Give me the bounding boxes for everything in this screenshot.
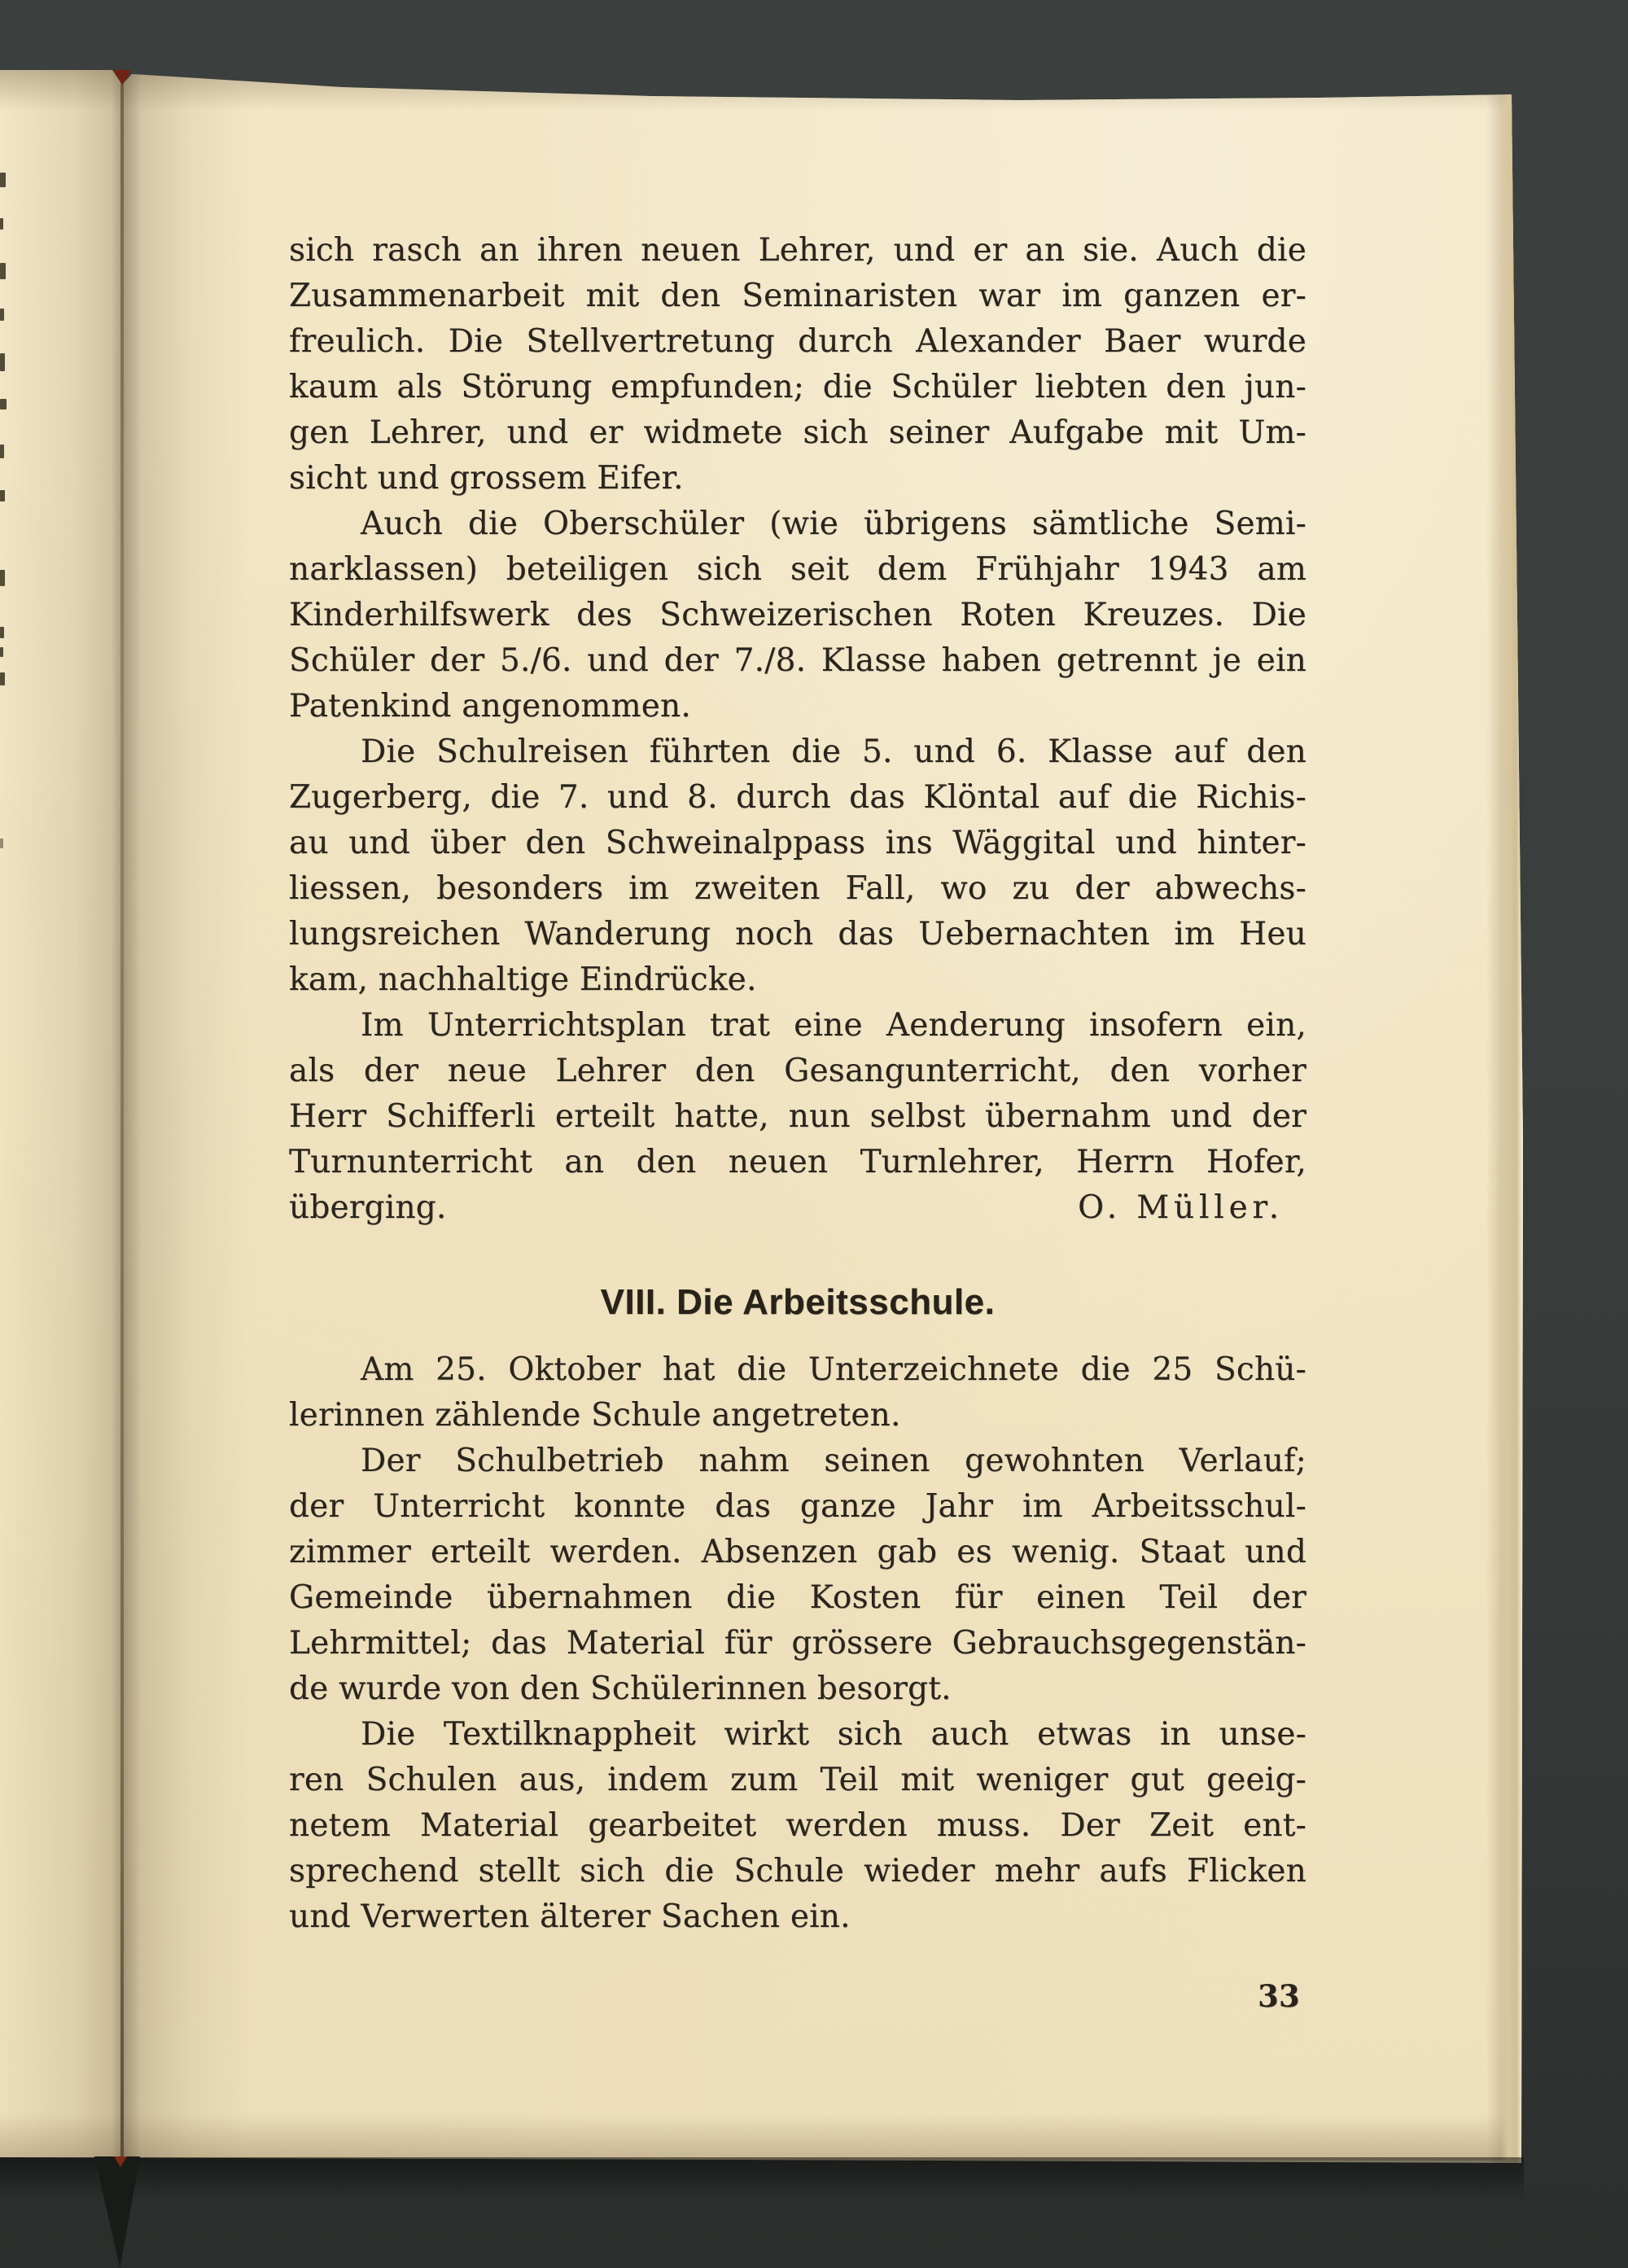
text-line: Gemeinde übernahmen die Kosten für einen… — [289, 1575, 1306, 1621]
text-line: als der neue Lehrer den Gesangunterricht… — [289, 1049, 1306, 1094]
book-drop-shadow — [0, 2157, 1524, 2208]
text-line: Am 25. Oktober hat die Unterzeichnete di… — [289, 1347, 1306, 1393]
scan-artifact — [0, 570, 5, 586]
text-line: kaum als Störung empfunden; die Schüler … — [289, 365, 1306, 410]
gutter-crease — [120, 77, 124, 2158]
text-line: zimmer erteilt werden. Absenzen gab es w… — [289, 1530, 1306, 1575]
gutter-shadow — [0, 0, 252, 2268]
scan-artifact — [0, 218, 3, 230]
text-line: lerinnen zählende Schule angetreten. — [289, 1393, 1306, 1438]
text-line: Kinderhilfswerk des Schweizerischen Rote… — [289, 593, 1306, 638]
scan-artifact — [0, 309, 4, 321]
text-line: liessen, besonders im zweiten Fall, wo z… — [289, 866, 1306, 912]
scan-artifact — [0, 838, 3, 848]
text-line: lungsreichen Wanderung noch das Uebernac… — [289, 912, 1306, 957]
scan-artifact — [0, 399, 7, 409]
scan-artifact — [0, 353, 5, 371]
scanned-book-photo: sich rasch an ihren neuen Lehrer, und er… — [0, 0, 1628, 2268]
text-line: Die Schulreisen führten die 5. und 6. Kl… — [289, 729, 1306, 775]
text-line: kam, nachhaltige Eindrücke. — [289, 957, 1306, 1003]
text-line: Die Textilknappheit wirkt sich auch etwa… — [289, 1712, 1306, 1758]
text-line: gen Lehrer, und er widmete sich seiner A… — [289, 410, 1306, 456]
scan-artifact — [0, 647, 3, 657]
text-line: sich rasch an ihren neuen Lehrer, und er… — [289, 228, 1306, 274]
text-line: ren Schulen aus, indem zum Teil mit weni… — [289, 1758, 1306, 1803]
author-signature: O. Müller. — [1078, 1185, 1306, 1231]
paragraph: Die Schulreisen führten die 5. und 6. Kl… — [289, 729, 1306, 1003]
scan-artifact — [0, 490, 5, 501]
paragraph: Die Textilknappheit wirkt sich auch etwa… — [289, 1712, 1306, 1940]
text-line: netem Material gearbeitet werden muss. D… — [289, 1803, 1306, 1849]
page-number: 33 — [289, 1973, 1306, 2019]
book-page: sich rasch an ihren neuen Lehrer, und er… — [0, 0, 1628, 2268]
text-line: de wurde von den Schülerinnen besorgt. — [289, 1666, 1306, 1712]
text-line: Zusammenarbeit mit den Seminaristen war … — [289, 274, 1306, 319]
paragraph-end-word: überging. — [289, 1185, 447, 1231]
page-bottom-shadow — [0, 2113, 1628, 2161]
text-line: Turnunterricht an den neuen Turnlehrer, … — [289, 1140, 1306, 1185]
scan-artifact — [0, 627, 4, 638]
scan-artifact — [0, 173, 6, 187]
text-line: und Verwerten älterer Sachen ein. — [289, 1894, 1306, 1940]
paragraph: Im Unterrichtsplan trat eine Aenderung i… — [289, 1003, 1306, 1185]
text-line: der Unterricht konnte das ganze Jahr im … — [289, 1484, 1306, 1530]
text-line: au und über den Schweinalppass ins Wäggi… — [289, 821, 1306, 866]
text-line: Schüler der 5./6. und der 7./8. Klasse h… — [289, 638, 1306, 684]
text-line: Patenkind angenommen. — [289, 684, 1306, 729]
paragraph: Der Schulbetrieb nahm seinen gewohnten V… — [289, 1438, 1306, 1712]
text-line: Lehrmittel; das Material für grössere Ge… — [289, 1621, 1306, 1666]
paragraph: Auch die Oberschüler (wie übrigens sämtl… — [289, 501, 1306, 729]
section-heading: VIII. Die Arbeitsschule. — [289, 1280, 1306, 1325]
signature-line: überging.O. Müller. — [289, 1185, 1306, 1231]
text-line: Der Schulbetrieb nahm seinen gewohnten V… — [289, 1438, 1306, 1484]
text-line: sprechend stellt sich die Schule wieder … — [289, 1849, 1306, 1894]
scan-artifact — [0, 444, 4, 458]
paragraph: sich rasch an ihren neuen Lehrer, und er… — [289, 228, 1306, 501]
scan-artifact — [0, 672, 5, 685]
text-line: narklassen) beteiligen sich seit dem Frü… — [289, 547, 1306, 593]
text-line: sicht und grossem Eifer. — [289, 456, 1306, 501]
text-line: Herr Schifferli erteilt hatte, nun selbs… — [289, 1094, 1306, 1140]
paragraph: Am 25. Oktober hat die Unterzeichnete di… — [289, 1347, 1306, 1438]
text-line: Auch die Oberschüler (wie übrigens sämtl… — [289, 501, 1306, 547]
scan-artifact — [0, 263, 6, 279]
text-line: Zugerberg, die 7. und 8. durch das Klönt… — [289, 775, 1306, 821]
page-text: sich rasch an ihren neuen Lehrer, und er… — [289, 228, 1306, 2019]
text-line: freulich. Die Stellvertretung durch Alex… — [289, 319, 1306, 365]
text-line: Im Unterrichtsplan trat eine Aenderung i… — [289, 1003, 1306, 1049]
